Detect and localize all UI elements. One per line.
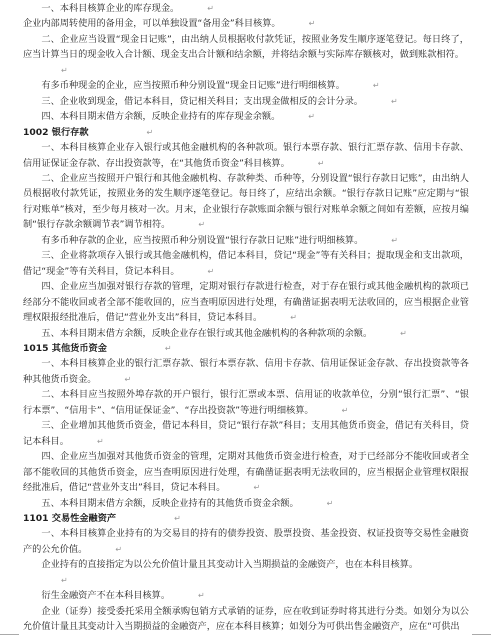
paragraph-mark-icon: ↵ — [115, 542, 122, 557]
paragraph-text: 企业内部周转使用的备用金，可以单独设置“备用金”科目核算。 — [23, 18, 281, 29]
paragraph-text: 三、企业收到现金，借记本科目，贷记相关科目；支出现金做相反的会计分录。 — [41, 96, 363, 107]
paragraph-text: 衍生金融资产不在本科目核算。 — [41, 590, 170, 601]
paragraph-mark-icon: ↵ — [308, 109, 315, 124]
paragraph-mark-icon: ↵ — [208, 264, 215, 279]
paragraph-text: 二、企业应当设置“现金日记账”，由出纳人员根据收付款凭证，按照业务发生顺序逐笔登… — [23, 34, 469, 60]
paragraph-text: 一、本科目核算企业的银行汇票存款、银行本票存款、信用卡存款、信用证保证金存款、存… — [23, 358, 469, 384]
paragraph: 二、企业应当按照开户银行和其他金融机构、存款种类、币种等，分别设置“银行存款日记… — [23, 171, 469, 233]
paragraph: 四、企业应当加强对银行存款的管理，定期对银行存款进行检查，对于存在银行或其他金融… — [23, 279, 469, 325]
paragraph: 五、本科目期末借方余额，反映企业存在银行或其他金融机构的各种款项的余额。↵ — [23, 326, 469, 341]
document-page: 一、本科目核算企业的库存现金。↵企业内部周转使用的备用金，可以单独设置“备用金”… — [0, 0, 491, 638]
paragraph-mark-icon: ↵ — [61, 63, 68, 78]
paragraph-text: 二、本科目应当按照外埠存款的开户银行，银行汇票或本票、信用证的收款单位，分别“银… — [23, 389, 469, 415]
paragraph-text: 有多币种现金的企业，应当按照币种分别设置“现金日记账”进行明细核算。 — [41, 80, 345, 91]
paragraph-mark-icon: ↵ — [309, 16, 316, 31]
paragraph-mark-icon: ↵ — [125, 372, 132, 387]
paragraph-mark-icon: ↵ — [318, 156, 325, 171]
paragraph-text: 1002 银行存款 — [23, 127, 89, 138]
paragraph: 一、本科目核算企业存入银行或其他金融机构的各种款项。银行本票存款、银行汇票存款、… — [23, 140, 469, 171]
account-section-heading: 1002 银行存款↵ — [23, 125, 469, 140]
paragraph-text: 一、本科目核算企业存入银行或其他金融机构的各种款项。银行本票存款、银行汇票存款、… — [23, 142, 469, 168]
paragraph-mark-icon: ↵ — [290, 310, 297, 325]
paragraph-text: 二、企业应当按照开户银行和其他金融机构、存款种类、币种等，分别设置“银行存款日记… — [23, 173, 469, 230]
paragraph: 三、企业收到现金，借记本科目，贷记相关科目；支出现金做相反的会计分录。↵ — [23, 94, 469, 109]
paragraph: 有多币种现金的企业，应当按照币种分别设置“现金日记账”进行明细核算。↵ — [23, 78, 469, 93]
paragraph: 二、本科目应当按照外埠存款的开户银行，银行汇票或本票、信用证的收款单位，分别“银… — [23, 387, 469, 418]
paragraph-text: 五、本科目期末借方余额，反映企业存在银行或其他金融机构的各种款项的余额。 — [41, 328, 372, 339]
paragraph-mark-icon: ↵ — [253, 480, 260, 495]
paragraph-text: 四、本科目期末借方余额，反映企业持有的库存现金余额。 — [41, 111, 280, 122]
paragraph: 四、企业应当加强对其他货币资金的管理，定期对其他货币资金进行检查，对于已经部分不… — [23, 449, 469, 495]
paragraph-text: 五、本科目期末借方余额，反映企业持有的其他货币资金余额。 — [41, 498, 298, 509]
document-body: 一、本科目核算企业的库存现金。↵企业内部周转使用的备用金，可以单独设置“备用金”… — [23, 1, 469, 635]
paragraph-text: 1015 其他货币资金 — [23, 343, 107, 354]
account-section-heading: 1015 其他货币资金↵ — [23, 341, 469, 356]
paragraph-mark-icon: ↵ — [207, 1, 214, 16]
paragraph-mark-icon: ↵ — [174, 511, 181, 526]
paragraph-text: 四、企业应当加强对银行存款的管理，定期对银行存款进行检查，对于存在银行或其他金融… — [23, 281, 469, 323]
paragraph: 一、本科目核算企业的库存现金。↵ — [23, 1, 469, 16]
paragraph: 企业持有的直接指定为以公允价值计量且其变动计入当期损益的金融资产，也在本科目核算… — [23, 557, 469, 572]
paragraph-text: 三、企业将款项存入银行或其他金融机构，借记本科目，贷记“现金”等有关科目；提取现… — [23, 250, 469, 276]
paragraph-text: 1101 交易性金融资产 — [23, 513, 116, 524]
account-section-heading: 1101 交易性金融资产↵ — [23, 511, 469, 526]
paragraph-text: 三、企业增加其他货币资金，借记本科目，贷记“银行存款”科目；支用其他货币资金，借… — [23, 420, 469, 446]
paragraph-mark-icon: ↵ — [327, 496, 334, 511]
paragraph: 四、本科目期末借方余额，反映企业持有的库存现金余额。↵ — [23, 109, 469, 124]
paragraph-mark-icon: ↵ — [391, 94, 398, 109]
paragraph-mark-icon: ↵ — [400, 326, 407, 341]
paragraph: 衍生金融资产不在本科目核算。↵ — [23, 588, 469, 603]
paragraph: 二、企业应当设置“现金日记账”，由出纳人员根据收付款凭证，按照业务发生顺序逐笔登… — [23, 32, 469, 63]
paragraph-mark-icon: ↵ — [373, 78, 380, 93]
paragraph-mark-icon: ↵ — [342, 403, 349, 418]
paragraph: 企业内部周转使用的备用金，可以单独设置“备用金”科目核算。↵ — [23, 16, 469, 31]
text-boundary-mark-left — [0, 634, 19, 635]
paragraph-mark-icon: ↵ — [61, 573, 68, 588]
paragraph-text: 有多币种存款的企业，应当按照币种分别设置“银行存款日记账”进行明细核算。 — [41, 235, 363, 246]
paragraph: 一、本科目核算企业的银行汇票存款、银行本票存款、信用卡存款、信用证保证金存款、存… — [23, 356, 469, 387]
paragraph-mark-icon: ↵ — [97, 434, 104, 449]
paragraph-mark-icon: ↵ — [165, 341, 172, 356]
paragraph-mark-icon: ↵ — [147, 125, 154, 140]
empty-paragraph: ↵ — [23, 573, 469, 588]
paragraph: 企业（证券）接受委托采用全额承购包销方式承销的证券，应在收到证券时将其进行分类。… — [23, 604, 469, 635]
paragraph-text: 一、本科目核算企业的库存现金。 — [41, 3, 179, 14]
paragraph: 三、企业增加其他货币资金，借记本科目，贷记“银行存款”科目；支用其他货币资金，借… — [23, 418, 469, 449]
paragraph-mark-icon: ↵ — [391, 233, 398, 248]
paragraph-text: 一、本科目核算企业持有的为交易目的持有的债券投资、股票投资、基金投资、权证投资等… — [23, 528, 469, 554]
paragraph: 一、本科目核算企业持有的为交易目的持有的债券投资、股票投资、基金投资、权证投资等… — [23, 526, 469, 557]
empty-paragraph: ↵ — [23, 63, 469, 78]
paragraph: 三、企业将款项存入银行或其他金融机构，借记本科目，贷记“现金”等有关科目；提取现… — [23, 248, 469, 279]
paragraph-mark-icon: ↵ — [198, 217, 205, 232]
paragraph: 有多币种存款的企业，应当按照币种分别设置“银行存款日记账”进行明细核算。↵ — [23, 233, 469, 248]
paragraph-text: 企业持有的直接指定为以公允价值计量且其变动计入当期损益的金融资产，也在本科目核算… — [41, 559, 418, 570]
paragraph: 五、本科目期末借方余额，反映企业持有的其他货币资金余额。↵ — [23, 496, 469, 511]
paragraph-text: 企业（证券）接受委托采用全额承购包销方式承销的证券，应在收到证券时将其进行分类。… — [23, 606, 469, 632]
text-boundary-mark-right — [472, 634, 491, 635]
paragraph-mark-icon: ↵ — [198, 588, 205, 603]
paragraph-text: 四、企业应当加强对其他货币资金的管理，定期对其他货币资金进行检查，对于已经部分不… — [23, 451, 469, 493]
